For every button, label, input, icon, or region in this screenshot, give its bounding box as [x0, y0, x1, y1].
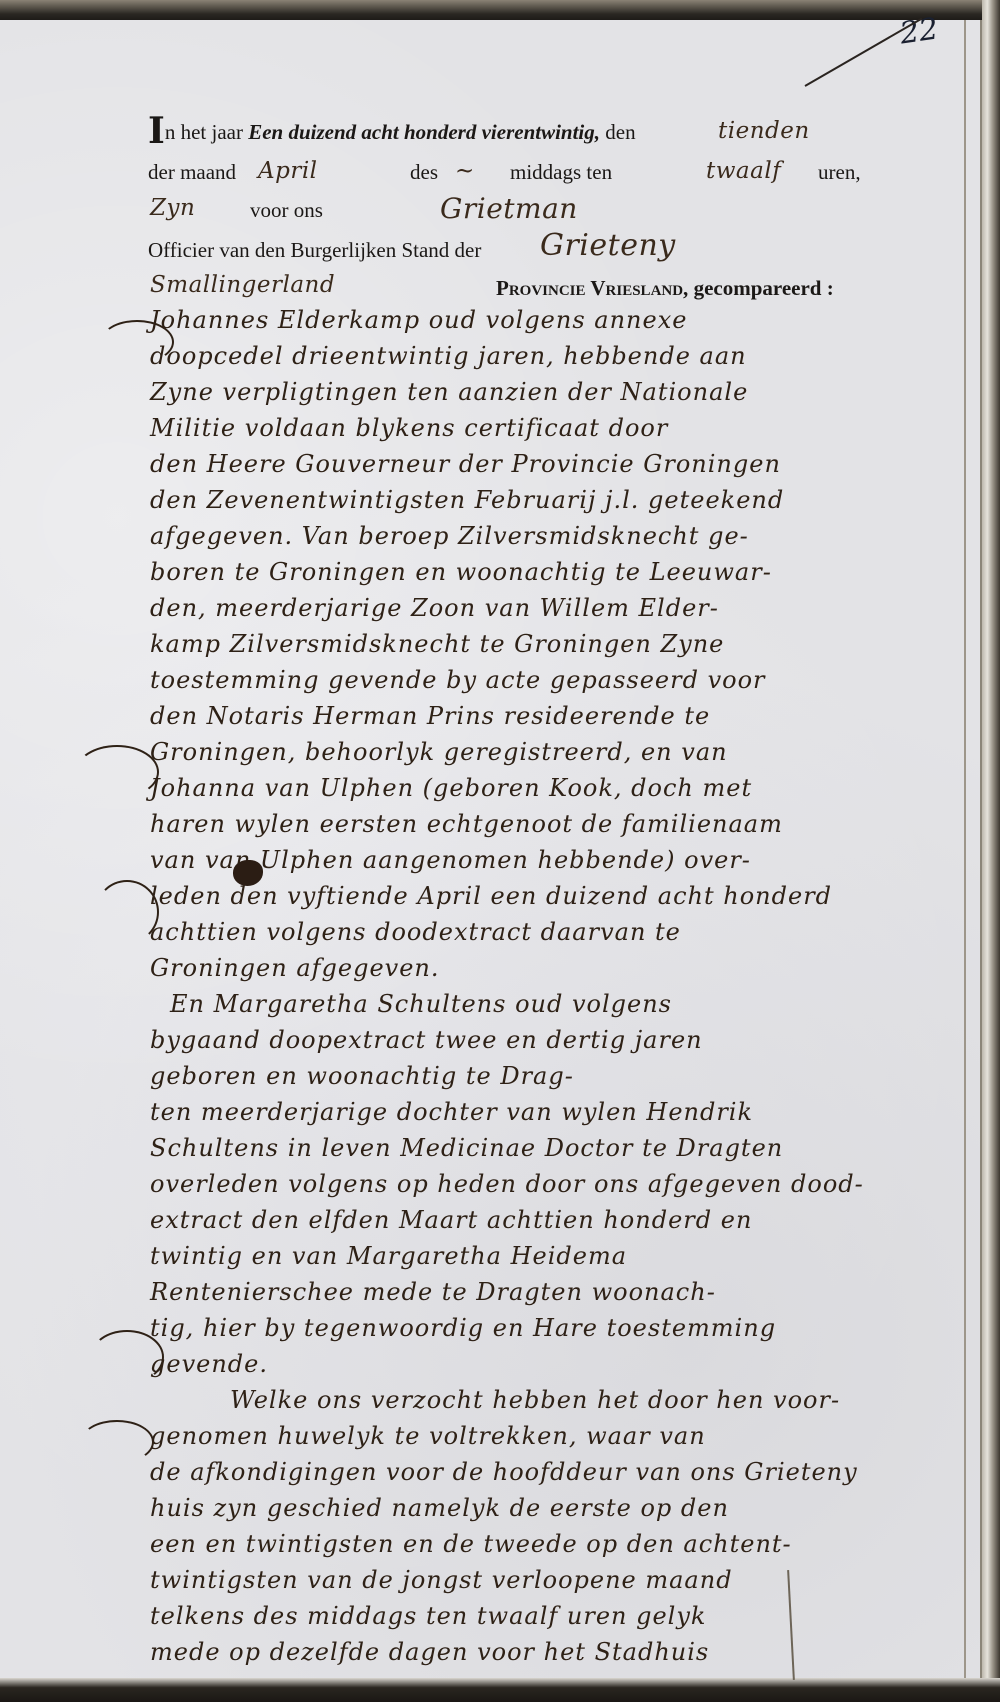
margin-flourish — [80, 1420, 154, 1464]
book-binding-bottom — [0, 1678, 1000, 1702]
handwritten-line: Militie voldaan blykens certificaat door — [150, 414, 668, 442]
handwritten-line: Schultens in leven Medicinae Doctor te D… — [150, 1134, 783, 1162]
handwritten-line: kamp Zilversmidsknecht te Groningen Zyne — [150, 630, 724, 658]
printed-year: Een duizend acht honderd vierentwintig, — [248, 120, 600, 144]
handwritten-line: geboren en woonachtig te Drag- — [150, 1062, 574, 1090]
handwritten-month: April — [258, 158, 318, 184]
handwritten-line: den Zevenentwintigsten Februarij j.l. ge… — [150, 486, 784, 514]
handwritten-line: den, meerderjarige Zoon van Willem Elder… — [150, 594, 719, 622]
handwritten-official-title: Grietman — [440, 192, 578, 225]
handwritten-line: Zyne verpligtingen ten aanzien der Natio… — [150, 378, 748, 406]
printed-voor-ons: voor ons — [250, 198, 323, 223]
handwritten-line: Groningen afgegeven. — [150, 954, 440, 982]
handwritten-line: de afkondigingen voor de hoofddeur van o… — [150, 1458, 858, 1486]
printed-year-prefix: n het jaar — [165, 120, 243, 144]
handwritten-line: En Margaretha Schultens oud volgens — [170, 990, 672, 1018]
printed-middags: middags ten — [510, 160, 612, 185]
handwritten-jurisdiction-name: Smallingerland — [150, 272, 335, 298]
handwritten-jurisdiction-type: Grieteny — [540, 228, 676, 263]
margin-flourish — [90, 1330, 164, 1384]
drop-cap: I — [148, 110, 165, 152]
printed-line-2: der maand — [148, 160, 236, 185]
handwritten-line: overleden volgens op heden door ons afge… — [150, 1170, 864, 1198]
book-binding-top — [0, 0, 1000, 20]
handwritten-line: genomen huwelyk te voltrekken, waar van — [150, 1422, 706, 1450]
printed-uren: uren, — [818, 160, 861, 185]
handwritten-line: achttien volgens doodextract daarvan te — [150, 918, 681, 946]
handwritten-line: gevende. — [150, 1350, 268, 1378]
handwritten-line: den Heere Gouverneur der Provincie Groni… — [150, 450, 781, 478]
handwritten-line: Johannes Elderkamp oud volgens annexe — [150, 306, 687, 334]
printed-line-1: In het jaar Een duizend acht honderd vie… — [148, 120, 636, 145]
printed-des: des — [410, 160, 438, 185]
handwritten-line: Johanna van Ulphen (geboren Kook, doch m… — [150, 774, 752, 802]
handwritten-line: een en twintigsten en de tweede op den a… — [150, 1530, 792, 1558]
handwritten-line: extract den elfden Maart achttien honder… — [150, 1206, 752, 1234]
printed-gecompareerd: gecompareerd : — [694, 276, 834, 300]
margin-flourish — [75, 745, 159, 799]
printed-der-maand: der maand — [148, 160, 236, 184]
printed-den: den — [605, 120, 635, 144]
handwritten-line: mede op dezelfde dagen voor het Stadhuis — [150, 1638, 709, 1666]
handwritten-line: boren te Groningen en woonachtig te Leeu… — [150, 558, 772, 586]
handwritten-line: twintigsten van de jongst verloopene maa… — [150, 1566, 733, 1594]
handwritten-line: ten meerderjarige dochter van wylen Hend… — [150, 1098, 753, 1126]
printed-provincie-line: Provincie Vriesland, gecompareerd : — [496, 276, 834, 301]
handwritten-hour: twaalf — [706, 158, 781, 184]
handwritten-line: haren wylen eersten echtgenoot de famili… — [150, 810, 783, 838]
handwritten-line: Groningen, behoorlyk geregistreerd, en v… — [150, 738, 728, 766]
handwritten-line: huis zyn geschied namelyk de eerste op d… — [150, 1494, 729, 1522]
handwritten-line: toestemming gevende by acte gepasseerd v… — [150, 666, 766, 694]
handwritten-line: twintig en van Margaretha Heidema — [150, 1242, 627, 1270]
handwritten-zyn: Zyn — [150, 195, 195, 221]
handwritten-line: telkens des middags ten twaalf uren gely… — [150, 1602, 706, 1630]
printed-officier: Officier van den Burgerlijken Stand der — [148, 238, 481, 263]
handwritten-line: Welke ons verzocht hebben het door hen v… — [230, 1386, 840, 1414]
handwritten-line: bygaand doopextract twee en dertig jaren — [150, 1026, 703, 1054]
handwritten-line: leden den vyftiende April een duizend ac… — [150, 882, 832, 910]
handwritten-line: afgegeven. Van beroep Zilversmidsknecht … — [150, 522, 749, 550]
handwritten-line: den Notaris Herman Prins resideerende te — [150, 702, 710, 730]
margin-flourish — [95, 880, 159, 944]
book-binding-right — [982, 0, 1000, 1702]
page-edge-rule — [964, 20, 966, 1678]
handwritten-line: Rentenierschee mede te Dragten woonach- — [150, 1278, 716, 1306]
margin-flourish — [100, 320, 174, 364]
printed-provincie: Provincie Vriesland, — [496, 276, 688, 300]
handwritten-day: tienden — [718, 118, 810, 144]
handwritten-des-mark: ~ — [455, 158, 475, 184]
handwritten-line: tig, hier by tegenwoordig en Hare toeste… — [150, 1314, 776, 1342]
handwritten-line: doopcedel drieentwintig jaren, hebbende … — [150, 342, 747, 370]
